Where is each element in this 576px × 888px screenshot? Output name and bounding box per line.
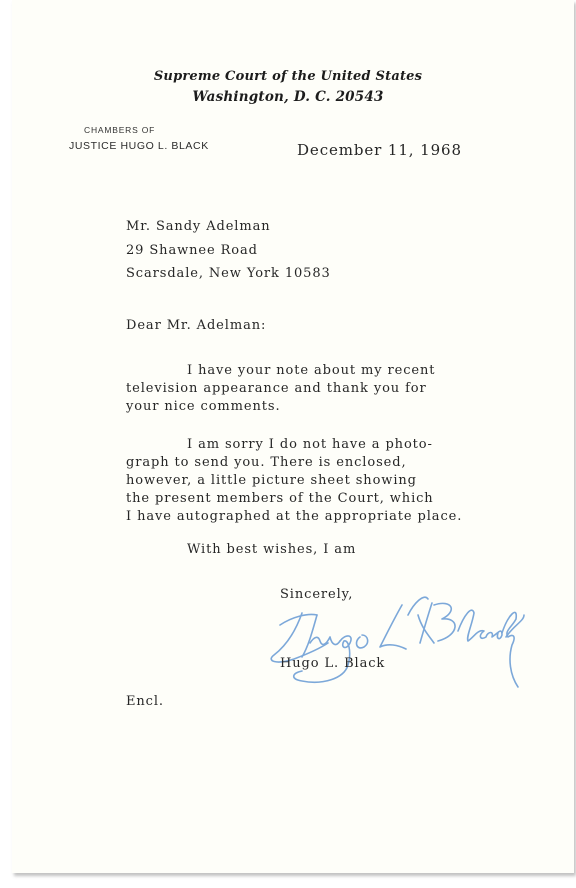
recipient-street: 29 Shawnee Road (126, 243, 258, 258)
recipient-city: Scarsdale, New York 10583 (126, 266, 331, 281)
letterhead-court-name: Supreme Court of the United States (0, 69, 576, 84)
letterhead-address: Washington, D. C. 20543 (0, 89, 576, 105)
closing-line: With best wishes, I am (187, 542, 356, 557)
chambers-label: CHAMBERS OF (84, 125, 155, 135)
paragraph-2-line: the present members of the Court, which (126, 491, 434, 506)
recipient-name: Mr. Sandy Adelman (126, 219, 271, 234)
paragraph-2-line: graph to send you. There is enclosed, (126, 455, 406, 470)
handwritten-signature (262, 585, 532, 690)
typed-signature-name: Hugo L. Black (280, 656, 385, 671)
paragraph-1-line: I have your note about my recent (187, 363, 435, 378)
paragraph-2-line: however, a little picture sheet showing (126, 473, 417, 488)
enclosure-note: Encl. (126, 694, 164, 709)
salutation: Dear Mr. Adelman: (126, 318, 266, 333)
paragraph-2-line: I have autographed at the appropriate pl… (126, 509, 462, 524)
paragraph-2-line: I am sorry I do not have a photo- (187, 437, 433, 452)
letter-date: December 11, 1968 (297, 141, 462, 159)
chambers-justice-name: JUSTICE HUGO L. BLACK (69, 140, 209, 152)
paragraph-1-line: television appearance and thank you for (126, 381, 427, 396)
paragraph-1-line: your nice comments. (126, 399, 280, 414)
